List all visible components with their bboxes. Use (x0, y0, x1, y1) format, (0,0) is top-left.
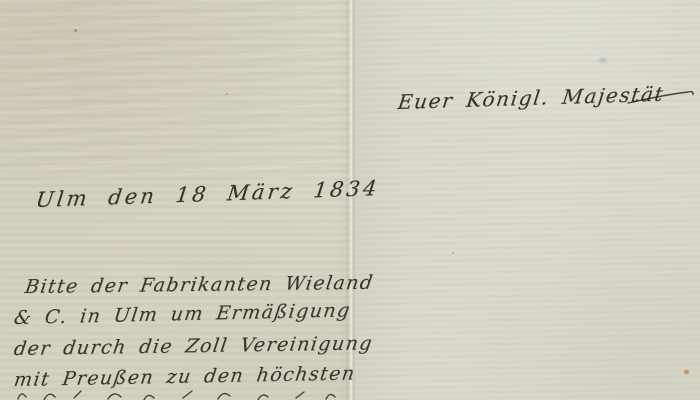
truncated-line-strokes (12, 389, 352, 400)
body-paragraph: Bitte der Fabrikanten Wieland & C. in Ul… (14, 272, 354, 396)
letter-right-page (356, 0, 700, 400)
letter-scan: Euer Königl. Majestät Ulm den 18 März 18… (0, 0, 700, 400)
body-line-2: & C. in Ulm um Ermäßigung (12, 295, 357, 334)
salutation-flourish-stroke (626, 84, 700, 110)
